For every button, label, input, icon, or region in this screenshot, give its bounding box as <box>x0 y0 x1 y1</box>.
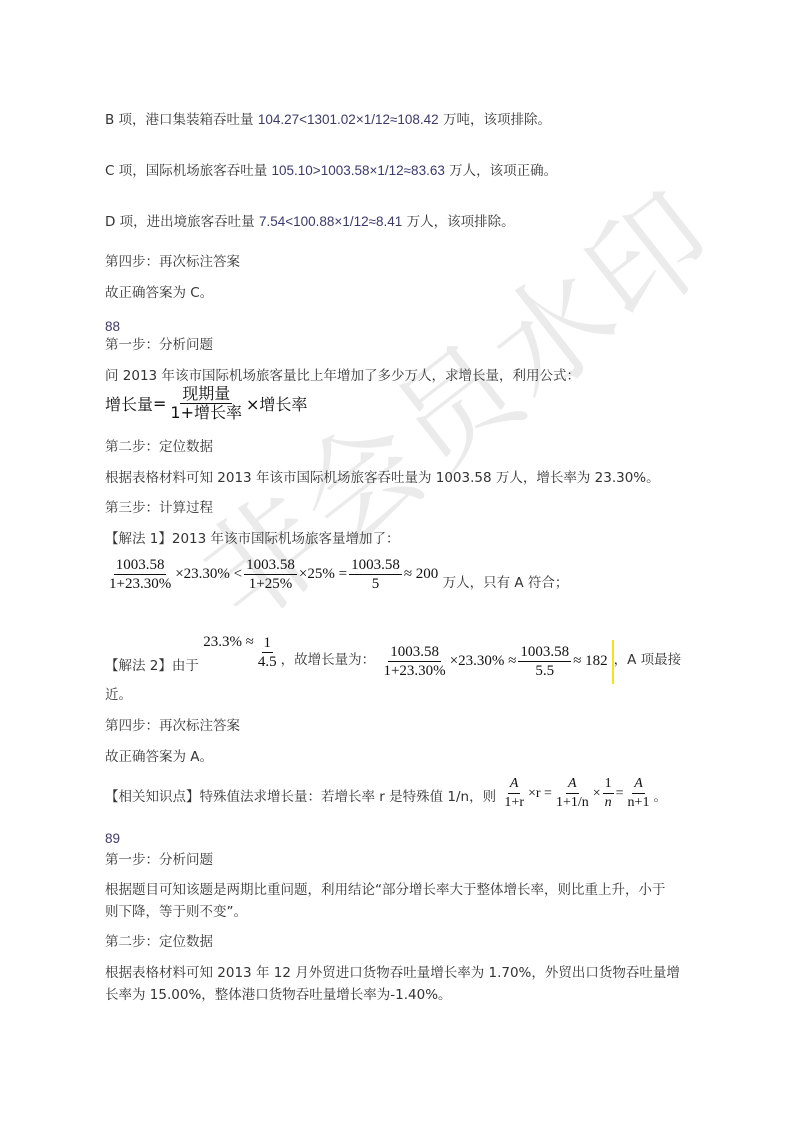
method2-mid-text: ，故增长量为： <box>281 648 376 668</box>
method2-label: 【解法 2】由于 <box>105 654 199 674</box>
m1-f2-num: 1003.58 <box>244 556 297 575</box>
step3-title-88: 第三步：计算过程 <box>105 499 213 517</box>
m2-f2-den: 5.5 <box>533 662 556 680</box>
method2-conclusion: ，A 项最接 <box>614 648 682 668</box>
step1-text-89-l1: 根据题目可知该题是两期比重问题，利用结论“部分增长率大于整体增长率，则比重上升，… <box>105 881 666 899</box>
k-f4-num: A <box>632 775 645 794</box>
formula-denominator: 1+增长率 <box>168 404 244 422</box>
m1-result: ≈ 200 <box>404 566 438 583</box>
answer-87: 故正确答案为 C。 <box>105 284 213 302</box>
m1-f2-den: 1+25% <box>247 575 294 593</box>
option-c-expression: 105.10>1003.58×1/12≈83.63 <box>272 163 445 178</box>
k-f3-den: n <box>603 794 614 812</box>
k-term3: = <box>616 786 624 802</box>
k-f3-num: 1 <box>603 775 614 794</box>
option-b-expression: 104.27<1301.02×1/12≈108.42 <box>258 112 439 127</box>
m2-f1-num: 1003.58 <box>388 643 441 662</box>
formula-numerator: 现期量 <box>180 385 232 404</box>
method1-conclusion: 万人，只有 A 符合； <box>443 571 569 591</box>
option-d-conclusion: 万人，该项排除。 <box>402 214 514 230</box>
m2-approx-den: 4.5 <box>256 653 279 671</box>
m1-f1-num: 1003.58 <box>114 556 167 575</box>
knowledge-text: 【相关知识点】特殊值法求增长量：若增长率 r 是特殊值 1/n，则 <box>105 785 496 805</box>
k-f1-den: 1+r <box>502 794 526 812</box>
step2-text-88: 根据表格材料可知 2013 年该市国际机场旅客吞吐量为 1003.58 万人，增… <box>105 469 660 487</box>
k-f2-den: 1+1/n <box>554 794 591 812</box>
option-d-expression: 7.54<100.88×1/12≈8.41 <box>259 214 402 229</box>
method1-calculation: 1003.581+23.30% ×23.30% < 1003.581+25% ×… <box>105 556 568 593</box>
option-c-conclusion: 万人，该项正确。 <box>445 163 557 179</box>
step2-title-88: 第二步：定位数据 <box>105 438 213 456</box>
m2-approx-num: 1 <box>262 634 274 653</box>
k-f1-num: A <box>508 775 521 794</box>
formula-fraction: 现期量 1+增长率 <box>168 385 244 422</box>
step1-title-89: 第一步：分析问题 <box>105 851 213 869</box>
formula-multiplier: ×增长率 <box>246 392 307 415</box>
step2-text-89-l2: 长率为 15.00%，整体港口货物吞吐量增长率为-1.40%。 <box>105 986 452 1004</box>
question-number-89: 89 <box>105 830 120 848</box>
k-f4-den: n+1 <box>626 794 652 812</box>
formula-lhs: 增长量 <box>105 392 153 415</box>
option-c-line: C 项，国际机场旅客吞吐量 105.10>1003.58×1/12≈83.63 … <box>105 162 557 180</box>
m2-f1-den: 1+23.30% <box>381 662 447 680</box>
growth-formula: 增长量 = 现期量 1+增长率 ×增长率 <box>105 385 307 422</box>
k-term1: ×r = <box>528 786 552 802</box>
m1-term2: ×25% = <box>299 566 347 583</box>
method1-title: 【解法 1】2013 年该市国际机场旅客量增加了： <box>105 530 400 548</box>
method2-wrap: 近。 <box>105 686 132 704</box>
method2-line: 【解法 2】由于 23.3% ≈ 14.5 ，故增长量为： 1003.581+2… <box>105 634 681 684</box>
formula-equals: = <box>153 394 166 413</box>
k-f2-num: A <box>566 775 579 794</box>
m2-result: ≈ 182 <box>573 653 607 670</box>
option-b-conclusion: 万吨，该项排除。 <box>439 112 551 128</box>
step1-text-88: 问 2013 年该市国际机场旅客量比上年增加了多少万人，求增长量，利用公式： <box>105 367 580 385</box>
step4-title-88: 第四步：再次标注答案 <box>105 717 240 735</box>
knowledge-point: 【相关知识点】特殊值法求增长量：若增长率 r 是特殊值 1/n，则 A1+r ×… <box>105 775 667 812</box>
document-page: 非会员水印 B 项，港口集装箱吞吐量 104.27<1301.02×1/12≈1… <box>0 0 793 1122</box>
m2-f2-num: 1003.58 <box>518 643 571 662</box>
option-c-label: C 项，国际机场旅客吞吐量 <box>105 163 272 179</box>
step4-title-87: 第四步：再次标注答案 <box>105 253 240 271</box>
knowledge-end: 。 <box>653 785 667 805</box>
m2-approx-lhs: 23.3% ≈ <box>203 634 254 651</box>
option-d-label: D 项，进出境旅客吞吐量 <box>105 214 259 230</box>
m1-f1-den: 1+23.30% <box>107 575 173 593</box>
m2-term1: ×23.30% ≈ <box>450 653 517 670</box>
option-d-line: D 项，进出境旅客吞吐量 7.54<100.88×1/12≈8.41 万人，该项… <box>105 213 515 231</box>
option-b-label: B 项，港口集装箱吞吐量 <box>105 112 258 128</box>
k-term2: × <box>593 786 601 802</box>
step2-title-89: 第二步：定位数据 <box>105 933 213 951</box>
step1-title-88: 第一步：分析问题 <box>105 336 213 354</box>
m1-term1: ×23.30% < <box>175 566 242 583</box>
step2-text-89-l1: 根据表格材料可知 2013 年 12 月外贸进口货物吞吐量增长率为 1.70%，… <box>105 964 680 982</box>
m1-f3-num: 1003.58 <box>349 556 402 575</box>
m1-f3-den: 5 <box>370 575 382 593</box>
option-b-line: B 项，港口集装箱吞吐量 104.27<1301.02×1/12≈108.42 … <box>105 111 551 129</box>
question-number-88: 88 <box>105 318 120 336</box>
answer-88: 故正确答案为 A。 <box>105 748 213 766</box>
step1-text-89-l2: 则下降，等于则不变”。 <box>105 903 247 921</box>
